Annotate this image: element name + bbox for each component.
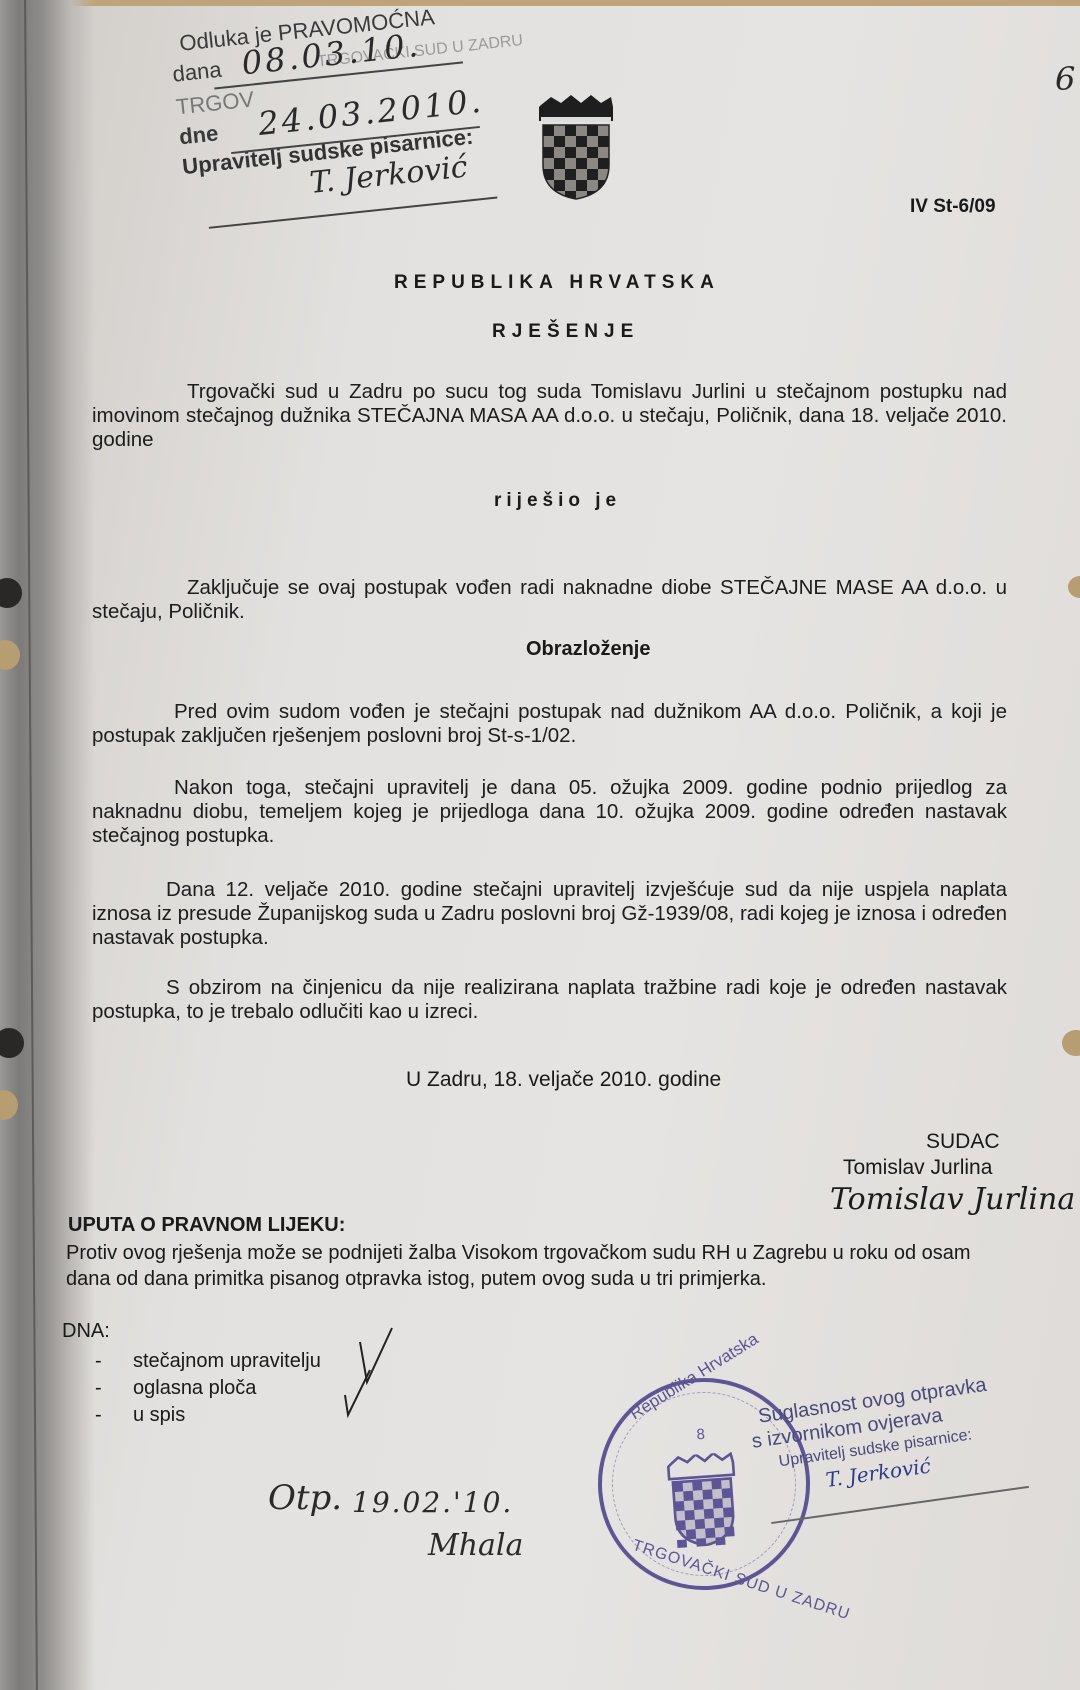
- document-page: 6 Odluka je PRAVOMOĆNA dana TRGOVAČKI SU…: [0, 0, 1080, 1690]
- croatian-coat-of-arms-icon: [537, 95, 615, 200]
- distribution-item: -stečajnom upravitelju: [95, 1350, 321, 1373]
- distribution-item: -oglasna ploča: [95, 1377, 256, 1400]
- reasoning-paragraph: Dana 12. veljače 2010. godine stečajni u…: [92, 878, 1007, 950]
- ruling-heading: riješio je: [494, 490, 621, 512]
- reasoning-paragraph: Nakon toga, stečajni upravitelj je dana …: [92, 776, 1007, 848]
- document-title: RJEŠENJE: [492, 321, 639, 343]
- dispatch-label: Otp.: [268, 1478, 342, 1518]
- judge-signature: Tomislav Jurlina: [830, 1182, 1075, 1217]
- punch-hole: [1062, 1030, 1080, 1056]
- stamp-number: 8: [696, 1426, 706, 1444]
- legal-remedy-heading: UPUTA O PRAVNOM LIJEKU:: [68, 1214, 345, 1237]
- intro-paragraph: Trgovački sud u Zadru po sucu tog suda T…: [92, 380, 1007, 452]
- ruling-paragraph: Zaključuje se ovaj postupak vođen radi n…: [92, 576, 1007, 624]
- dispatch-date: 19.02.'10.: [352, 1486, 513, 1519]
- check-mark-icon: [340, 1320, 420, 1420]
- reasoning-paragraph: S obzirom na činjenicu da nije realizira…: [92, 976, 1007, 1024]
- reasoning-paragraph: Pred ovim sudom vođen je stečajni postup…: [92, 700, 1007, 748]
- judge-name: Tomislav Jurlina: [843, 1156, 992, 1180]
- punch-hole: [1068, 576, 1080, 598]
- country-heading: REPUBLIKA HRVATSKA: [394, 272, 720, 294]
- place-date: U Zadru, 18. veljače 2010. godine: [406, 1068, 721, 1092]
- stamp-coat-of-arms-icon: [662, 1452, 744, 1549]
- distribution-item: -u spis: [95, 1404, 185, 1427]
- page-mark: 6: [1055, 60, 1075, 98]
- binding-shadow: [0, 0, 95, 1690]
- certification-stamp: Suglasnost ovog otpravka s izvornikom ov…: [735, 1373, 998, 1503]
- legal-remedy-text: Protiv ovog rješenja može se podnijeti ž…: [66, 1240, 1006, 1292]
- reference-number: IV St-6/09: [910, 196, 996, 218]
- dispatch-signature: Mhala: [428, 1528, 523, 1563]
- finality-stamp: Odluka je PRAVOMOĆNA dana TRGOVAČKI SUD …: [168, 0, 498, 239]
- background-edge: [0, 0, 1080, 6]
- judge-title: SUDAC: [926, 1130, 1000, 1154]
- stamp-rule: [209, 197, 498, 229]
- reasoning-heading: Obrazloženje: [526, 638, 650, 661]
- distribution-label: DNA:: [62, 1320, 110, 1343]
